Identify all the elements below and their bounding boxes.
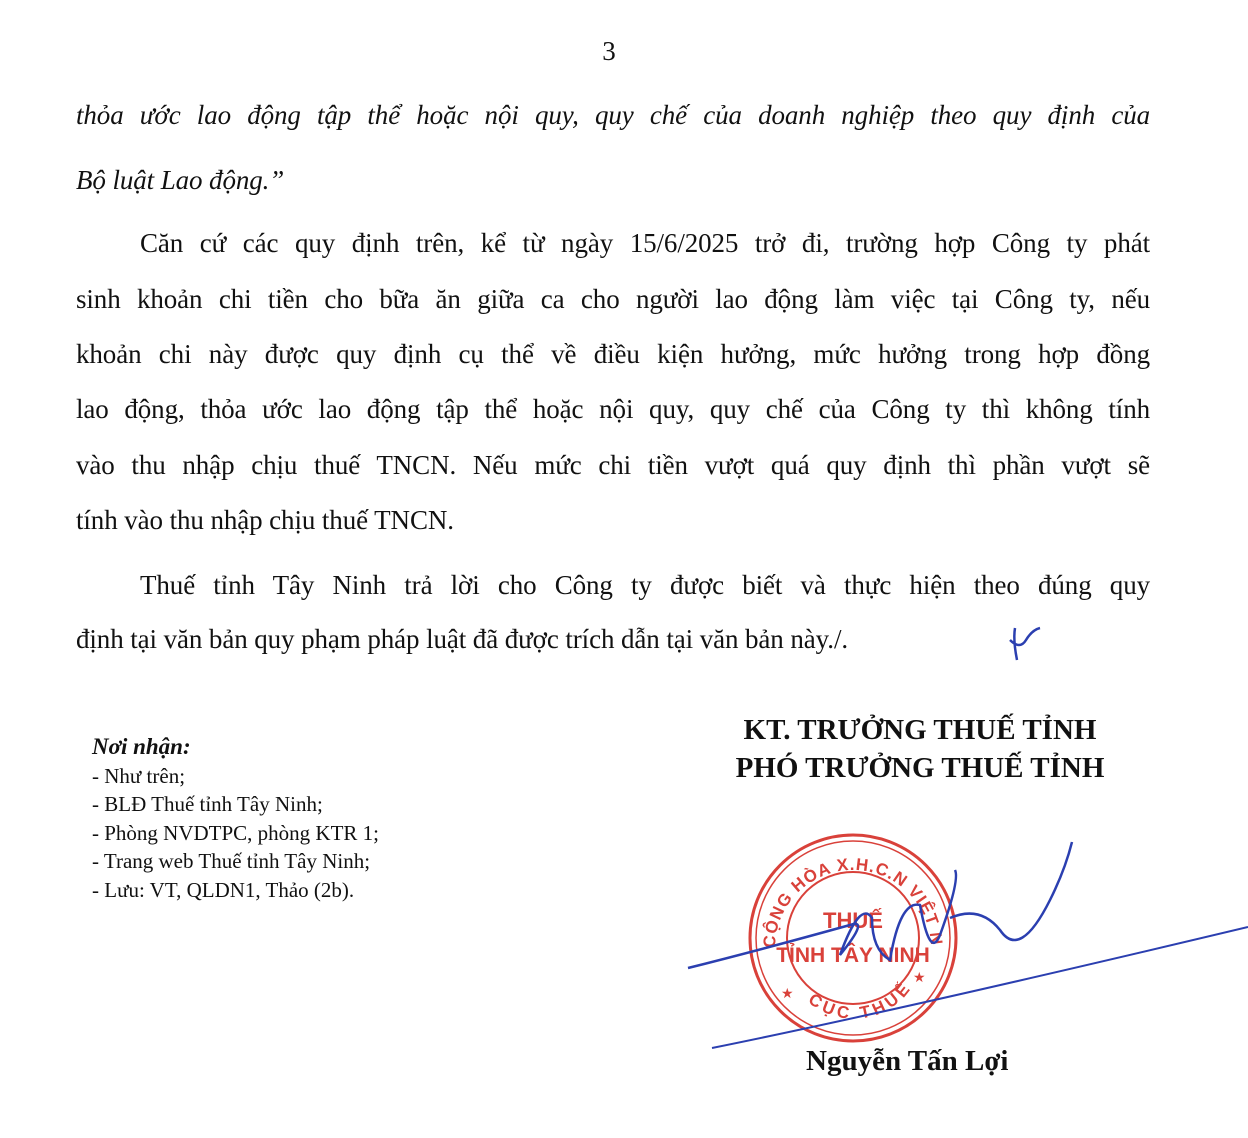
recipient-item: - Phòng NVDTPC, phòng KTR 1; bbox=[92, 819, 379, 848]
recipients-block: Nơi nhận: - Như trên; - BLĐ Thuế tỉnh Tâ… bbox=[92, 733, 379, 904]
page-number: 3 bbox=[0, 36, 1218, 67]
recipient-item: - Lưu: VT, QLDN1, Thảo (2b). bbox=[92, 876, 379, 905]
recipient-item: - BLĐ Thuế tỉnh Tây Ninh; bbox=[92, 790, 379, 819]
recipient-item: - Như trên; bbox=[92, 762, 379, 791]
svg-text:TỈNH TÂY NINH: TỈNH TÂY NINH bbox=[776, 943, 930, 967]
paragraph-line: định tại văn bản quy phạm pháp luật đã đ… bbox=[76, 624, 848, 655]
signer-name: Nguyễn Tấn Lợi bbox=[806, 1045, 1008, 1078]
svg-text:★: ★ bbox=[913, 971, 926, 986]
paragraph-line: vào thu nhập chịu thuế TNCN. Nếu mức chi… bbox=[76, 450, 1150, 481]
paragraph-line: Căn cứ các quy định trên, kể từ ngày 15/… bbox=[140, 228, 1150, 259]
paragraph-line: Thuế tỉnh Tây Ninh trả lời cho Công ty đ… bbox=[140, 570, 1150, 601]
signature-title-line2: PHÓ TRƯỞNG THUẾ TỈNH bbox=[690, 752, 1150, 785]
svg-text:★: ★ bbox=[781, 987, 794, 1002]
paragraph-line: lao động, thỏa ước lao động tập thể hoặc… bbox=[76, 394, 1150, 425]
svg-text:CỤC THUẾ: CỤC THUẾ bbox=[805, 977, 916, 1023]
paragraph-line: tính vào thu nhập chịu thuế TNCN. bbox=[76, 505, 454, 536]
recipient-item: - Trang web Thuế tỉnh Tây Ninh; bbox=[92, 847, 379, 876]
paragraph-line: sinh khoản chi tiền cho bữa ăn giữa ca c… bbox=[76, 284, 1150, 315]
official-stamp-icon: CỘNG HÒA X.H.C.N VIỆT NAM CỤC THUẾ THUẾ … bbox=[745, 830, 960, 1045]
quote-line: Bộ luật Lao động.” bbox=[76, 165, 284, 196]
signature-title-line1: KT. TRƯỞNG THUẾ TỈNH bbox=[690, 714, 1150, 747]
svg-text:THUẾ: THUẾ bbox=[823, 908, 883, 933]
recipients-title: Nơi nhận: bbox=[92, 733, 379, 762]
quote-line: thỏa ước lao động tập thể hoặc nội quy, … bbox=[76, 100, 1150, 131]
paragraph-line: khoản chi này được quy định cụ thể về đi… bbox=[76, 339, 1150, 370]
